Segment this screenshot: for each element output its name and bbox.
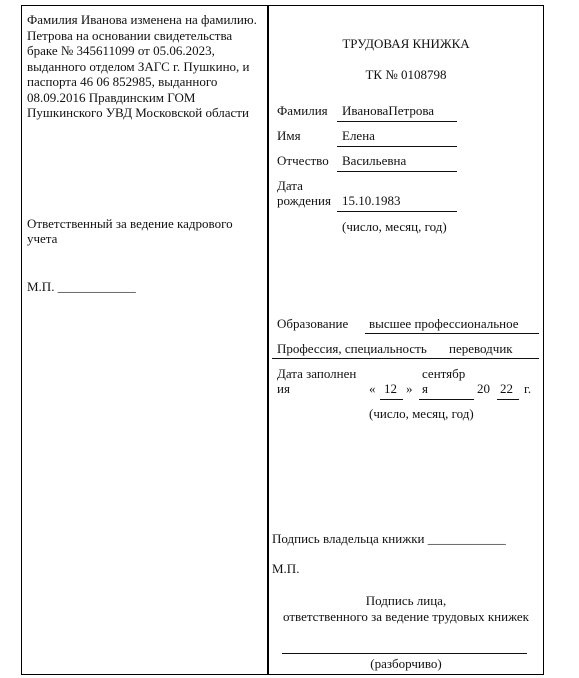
year-suffix: 22 (500, 381, 513, 396)
birth-value: 15.10.1983 (342, 193, 401, 208)
birth-label-line2: рождения (277, 193, 331, 208)
patronymic-label: Отчество (277, 153, 329, 168)
profession-value: переводчик (449, 341, 513, 356)
left-stamp-signature: М.П. ____________ (27, 279, 136, 294)
responsible-signature-line2: ответственного за ведение трудовых книже… (268, 609, 544, 624)
patronymic-underline (337, 171, 457, 172)
year-underline (497, 399, 519, 400)
surname-value: ИвановаПетрова (342, 103, 434, 118)
responsible-label-line1: Ответственный за ведение кадрового (27, 216, 233, 231)
fill-date-label-line1: Дата заполнен (277, 366, 356, 381)
fill-day: 12 (384, 381, 397, 396)
fill-date-hint: (число, месяц, год) (369, 406, 474, 421)
fill-month-underline (419, 399, 474, 400)
responsible-signature-line1: Подпись лица, (268, 593, 544, 608)
name-underline (337, 146, 457, 147)
surname-label: Фамилия (277, 103, 328, 118)
education-value: высшее профессиональное (369, 316, 519, 331)
document-number: ТК № 0108798 (268, 67, 544, 82)
fill-day-underline (380, 399, 403, 400)
fill-date-label-line2: ия (277, 381, 290, 396)
responsible-signature-line (282, 653, 527, 654)
education-underline (365, 333, 539, 334)
responsible-label-line2: учета (27, 231, 57, 246)
fill-month-line2: я (422, 381, 428, 396)
birth-underline (337, 211, 457, 212)
profession-underline (272, 358, 539, 359)
legibly-hint: (разборчиво) (268, 656, 544, 671)
year-prefix: 20 (477, 381, 490, 396)
owner-signature: Подпись владельца книжки ____________ (272, 531, 506, 546)
name-change-note: Фамилия Иванова изменена на фамилию. Пет… (27, 12, 263, 121)
profession-label: Профессия, специальность (277, 341, 427, 356)
right-stamp: М.П. (272, 561, 299, 576)
name-label: Имя (277, 128, 301, 143)
birth-hint: (число, месяц, год) (342, 219, 447, 234)
quote-close: » (406, 381, 413, 396)
birth-label-line1: Дата (277, 178, 303, 193)
education-label: Образование (277, 316, 348, 331)
quote-open: « (369, 381, 376, 396)
surname-underline (337, 121, 457, 122)
document-title: ТРУДОВАЯ КНИЖКА (268, 36, 544, 51)
name-value: Елена (342, 128, 375, 143)
page-divider (267, 5, 269, 675)
year-abbr: г. (524, 381, 531, 396)
fill-month-line1: сентябр (422, 366, 465, 381)
patronymic-value: Васильевна (342, 153, 406, 168)
